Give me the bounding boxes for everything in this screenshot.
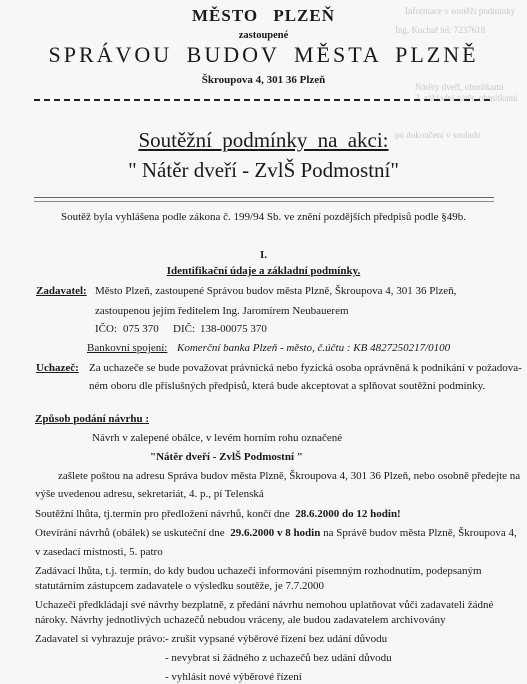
ico-value: 075 370 — [123, 323, 159, 335]
section-heading: Identifikační údaje a základní podmínky. — [0, 265, 527, 277]
dashed-divider — [34, 99, 490, 101]
bleed-through-text: 2. základní nátěr, obmítkami — [415, 93, 518, 103]
organization-address: Škroupova 4, 301 36 Plzeň — [0, 74, 527, 86]
law-note: Soutěž byla vyhlášena podle zákona č. 19… — [0, 211, 527, 223]
submission-send-line-2: výše uvedenou adresu, sekretariát, 4. p.… — [35, 488, 264, 500]
uchazec-line-1: Za uchazeče se bude považovat právnická … — [89, 362, 522, 374]
title-line-1: Soutěžní podmínky na akci: — [138, 128, 388, 152]
opening-value: 29.6.2000 v 8 hodin — [230, 527, 320, 539]
opening-prefix: Otevírání návrhů (obálek) se uskuteční d… — [35, 527, 225, 539]
represented-by: zastoupené — [0, 30, 527, 41]
opening-text: Otevírání návrhů (obálek) se uskuteční d… — [35, 527, 517, 539]
rights-item: - vyhlásit nové výběrové řízení — [165, 671, 302, 683]
section-number: I. — [0, 249, 527, 261]
rights-item: - zrušit vypsané výběrové řízení bez udá… — [165, 633, 387, 645]
scanned-document-page: Informace o soutěži podmínky Ing. Kuchař… — [0, 0, 527, 684]
double-divider — [34, 197, 494, 202]
organization-name: SPRÁVOU BUDOV MĚSTA PLZNĚ — [0, 42, 527, 68]
zadavatel-line-1: Město Plzeň, zastoupené Správou budov mě… — [95, 285, 456, 297]
ico-label: IČO: — [95, 323, 117, 335]
zadavatel-line-2: zastoupenou jejím ředitelem Ing. Jaromír… — [95, 305, 349, 317]
submission-envelope: Návrh v zalepené obálce, v levém horním … — [92, 432, 342, 444]
project-name: " Nátěr dveří - ZvlŠ Podmostní" — [0, 158, 527, 183]
free-line-2: nároky. Návrhy jednotlivých uchazečů neb… — [35, 614, 446, 626]
bank-value: Komerční banka Plzeň - město, č.účtu : K… — [177, 342, 450, 354]
uchazec-line-2: ném oboru dle příslušných předpisů, kter… — [89, 380, 485, 392]
deadline-prefix: Soutěžní lhůta, tj.termín pro předložení… — [35, 508, 290, 520]
opening-line-2: v zasedací místnosti, 5. patro — [35, 546, 163, 558]
deadline-text: Soutěžní lhůta, tj.termín pro předložení… — [35, 508, 401, 520]
award-line-2: statutárním zástupcem zadavatele o výsle… — [35, 580, 324, 592]
submission-label: Způsob podání návrhu : — [35, 413, 149, 425]
rights-prefix: Zadavatel si vyhrazuje právo: — [35, 633, 165, 645]
submission-marking: "Nátěr dveří - ZvlŠ Podmostní " — [150, 451, 303, 463]
city-name: MĚSTO PLZEŇ — [0, 6, 527, 26]
bank-label: Bankovní spojení: — [87, 342, 167, 354]
document-title: Soutěžní podmínky na akci: — [0, 128, 527, 153]
award-line-1: Zadávací lhůta, t.j. termín, do kdy budo… — [35, 565, 482, 577]
opening-suffix: na Správě budov města Plzně, Škroupova 4… — [323, 527, 517, 539]
free-line-1: Uchazeči předkládají své návrhy bezplatn… — [35, 599, 493, 611]
uchazec-label: Uchazeč: — [36, 362, 79, 374]
submission-send-line-1: zašlete poštou na adresu Správa budov mě… — [58, 470, 520, 482]
deadline-value: 28.6.2000 do 12 hodin! — [295, 508, 400, 520]
rights-item: - nevybrat si žádného z uchazečů bez udá… — [165, 652, 392, 664]
zadavatel-label: Zadavatel: — [36, 285, 87, 297]
dic-label: DIČ: — [173, 323, 195, 335]
dic-value: 138-00075 370 — [200, 323, 267, 335]
